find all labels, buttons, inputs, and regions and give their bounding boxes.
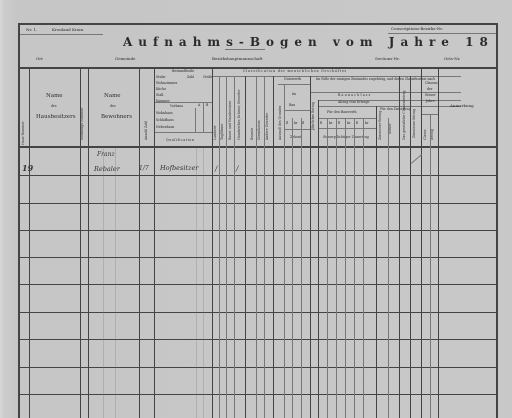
row-rule: [18, 203, 497, 204]
bestandtheile-row: Wohnzimmer: [156, 82, 177, 85]
field-sections-nr: Sections-Nr.: [375, 57, 400, 61]
vorhaus-col-divider: [195, 108, 196, 132]
col-rule-thin: [354, 118, 355, 418]
col-name-2: des: [51, 105, 57, 108]
col-rule: [399, 76, 400, 418]
nutzwert-col: fl: [286, 122, 288, 125]
value-col: kr: [365, 122, 368, 125]
row-1-occupation: Hofbesitzer: [160, 165, 198, 172]
col-rule-thin: [256, 76, 257, 418]
bauschaden-heading: Baunachlass: [338, 94, 371, 97]
classes-col: Das gesetzliche Classenbetrag: [403, 90, 406, 140]
zehnt-divider: [284, 129, 311, 130]
steuer-betrag-col: Zinssteuer Betrag: [413, 109, 416, 138]
col-rule: [310, 76, 311, 418]
col-rule-thin: [292, 118, 293, 418]
col-rule: [80, 67, 81, 418]
col-rule: [273, 76, 274, 418]
col-name-1: Name: [46, 94, 63, 100]
col-rule: [245, 76, 246, 418]
anmerkung-left: Jahre: [426, 100, 435, 103]
form-number: Nr. 1.: [26, 28, 37, 32]
col-bewohner-1: Name: [104, 94, 121, 100]
col-rule: [376, 106, 377, 418]
col-rule-thin: [226, 76, 227, 418]
col-rule-thin: [284, 84, 285, 418]
col-name-3: Hausbesitzers: [36, 115, 76, 121]
bestandtheile-row: Küche: [156, 88, 166, 91]
anmerkung-left: der: [427, 88, 432, 91]
row-rule: [18, 367, 497, 368]
col-rule: [154, 67, 155, 418]
row-rule: [18, 284, 497, 285]
title-flourish: [225, 49, 265, 50]
nutzwert-heading: Nutzwerth: [284, 78, 301, 81]
col-rule-thin: [336, 118, 337, 418]
frame-right: [496, 23, 498, 418]
col-rule: [88, 67, 89, 418]
col-rule-thin: [234, 76, 235, 418]
col-rule: [212, 67, 213, 418]
class-col: Bauer und Hausbesitzer: [229, 101, 232, 140]
col-rule-thin: [430, 114, 431, 418]
qualification-divider: [154, 132, 212, 133]
steuer-sub: Classe: [424, 129, 427, 140]
class-col: Andere Gewerbe: [266, 113, 269, 140]
col-rule: [410, 76, 411, 418]
steuer-sub: Betrag: [431, 129, 434, 140]
vorhaus-row: Wohnhaus: [156, 112, 173, 115]
value-col: fl: [338, 122, 340, 125]
vorhaus-row: Nebenhaus: [156, 126, 174, 129]
row-rule: [18, 339, 497, 340]
conscription-underline: [388, 33, 496, 34]
value-col: kr: [329, 122, 332, 125]
steuer-col: Steuer: [389, 123, 392, 134]
row-rule: [18, 394, 497, 395]
value-col: fl: [356, 122, 358, 125]
vom-fache-1: Im: [292, 93, 296, 96]
fuer-zinsertrag: Für den Zinsertrag: [380, 108, 411, 111]
col-rule-thin: [327, 118, 328, 418]
class-col: Taglöhner: [221, 124, 224, 140]
ausmass-col: Ausmaß des Grundes: [279, 106, 282, 140]
crown-land-underline: [20, 34, 103, 35]
row-text-1: Im Falle der einzigen Bestandes zugehöri…: [316, 78, 435, 81]
row-1-resident: Rebaler: [94, 166, 120, 173]
row-1-mark: /: [215, 166, 217, 173]
anmerkung-left: Classen: [425, 82, 438, 85]
col-rule: [318, 100, 319, 418]
nutzwert-divider: [278, 84, 310, 85]
col-anzahl: Anzahl Zahl: [145, 121, 148, 140]
frame-top: [18, 23, 497, 25]
class-col: Beamte: [251, 128, 254, 140]
vorhaus-b: B: [206, 104, 208, 107]
qualification-heading: Qualification: [166, 139, 195, 142]
field-orts-nr: Orts-Nr.: [444, 57, 460, 61]
col-rule-thin: [345, 118, 346, 418]
col-bewohner-2: des: [110, 105, 116, 108]
class-col: Dienstboten: [258, 120, 261, 140]
steuer-col: Zinssteuer-Betrag: [379, 111, 382, 140]
crown-land: Kronland Krain.: [52, 28, 84, 32]
row-rule: [18, 175, 497, 176]
fuer-bauwert: Für den Bauwerth: [327, 111, 357, 114]
vorhaus-row: Schlafhaus: [156, 119, 174, 122]
frame-left: [18, 23, 20, 418]
row-1-mark: /: [236, 166, 238, 173]
vorhaus-a: A: [198, 104, 200, 107]
column-header-rule: [18, 146, 497, 148]
vom-fache-2: Bau: [289, 104, 295, 107]
field-ort: Ort: [36, 57, 43, 61]
class-col: Handwerker, Krämer, Gewerbe: [238, 90, 241, 140]
anmerkung-left: Steuer: [425, 94, 436, 97]
row-1-house-number: 19: [22, 164, 33, 172]
classification-heading: Classification der menschlichen Geschäft…: [243, 70, 347, 73]
col-rule: [421, 67, 422, 418]
vom-fache-divider: [284, 110, 311, 111]
field-bezirkshauptmannschaft: Bezirkshauptmannschaft: [212, 57, 262, 61]
vorhaus-heading: Vorhaus: [170, 105, 183, 108]
col-wohnungs-nummer: Wohnungs-Nummer: [81, 108, 84, 140]
row-rule: [18, 230, 497, 231]
conscription-district: Conscriptions-Bezirks-Nr.: [391, 27, 443, 31]
anmerkung-heading: Anmerkung: [450, 104, 474, 108]
col-rule-thin: [264, 76, 265, 418]
row-1-first-name: Franz: [97, 152, 115, 158]
document-page: Nr. 1. Kronland Krain. Aufnahms-Bogen vo…: [0, 0, 512, 418]
class-col: Landwirt: [214, 125, 217, 140]
col-rule: [29, 67, 30, 418]
nutzwert-col: fl: [302, 122, 304, 125]
col-rule-thin: [219, 76, 220, 418]
field-gemeinde: Gemeinde: [115, 57, 136, 61]
col-rule-thin: [363, 118, 364, 418]
col-rule: [139, 67, 140, 418]
row-rule: [18, 257, 497, 258]
bestandtheile-zahl: Zahl: [187, 76, 194, 79]
nutzwert-col: kr: [294, 122, 297, 125]
row-rule: [18, 312, 497, 313]
col-rule-thin: [301, 118, 302, 418]
bestandtheile-heading: Bestandtheile: [172, 70, 194, 73]
col-rule: [438, 67, 439, 418]
value-col: fl: [320, 122, 322, 125]
bestandtheile-row: Stube: [156, 76, 165, 79]
vorhaus-col-divider: [203, 103, 204, 132]
col-haus-nummer: Haus-Nummer: [22, 121, 25, 145]
row-1-count: 1/7: [139, 166, 149, 172]
col-bewohner-3: Bewohners: [101, 115, 132, 121]
col-rule-thin: [388, 118, 389, 418]
steuerpflicht: Steuerpflichtiger Zinsertrag: [323, 136, 369, 139]
jaehrl-betrag: Jährlicher Betrag: [312, 102, 315, 130]
bestandtheile-row: Stall: [156, 94, 163, 97]
abzug-heading: Abzug vom Ertrage: [338, 101, 369, 104]
value-col: kr: [347, 122, 350, 125]
page-title: Aufnahms-Bogen vom Jahre 18: [123, 36, 494, 48]
